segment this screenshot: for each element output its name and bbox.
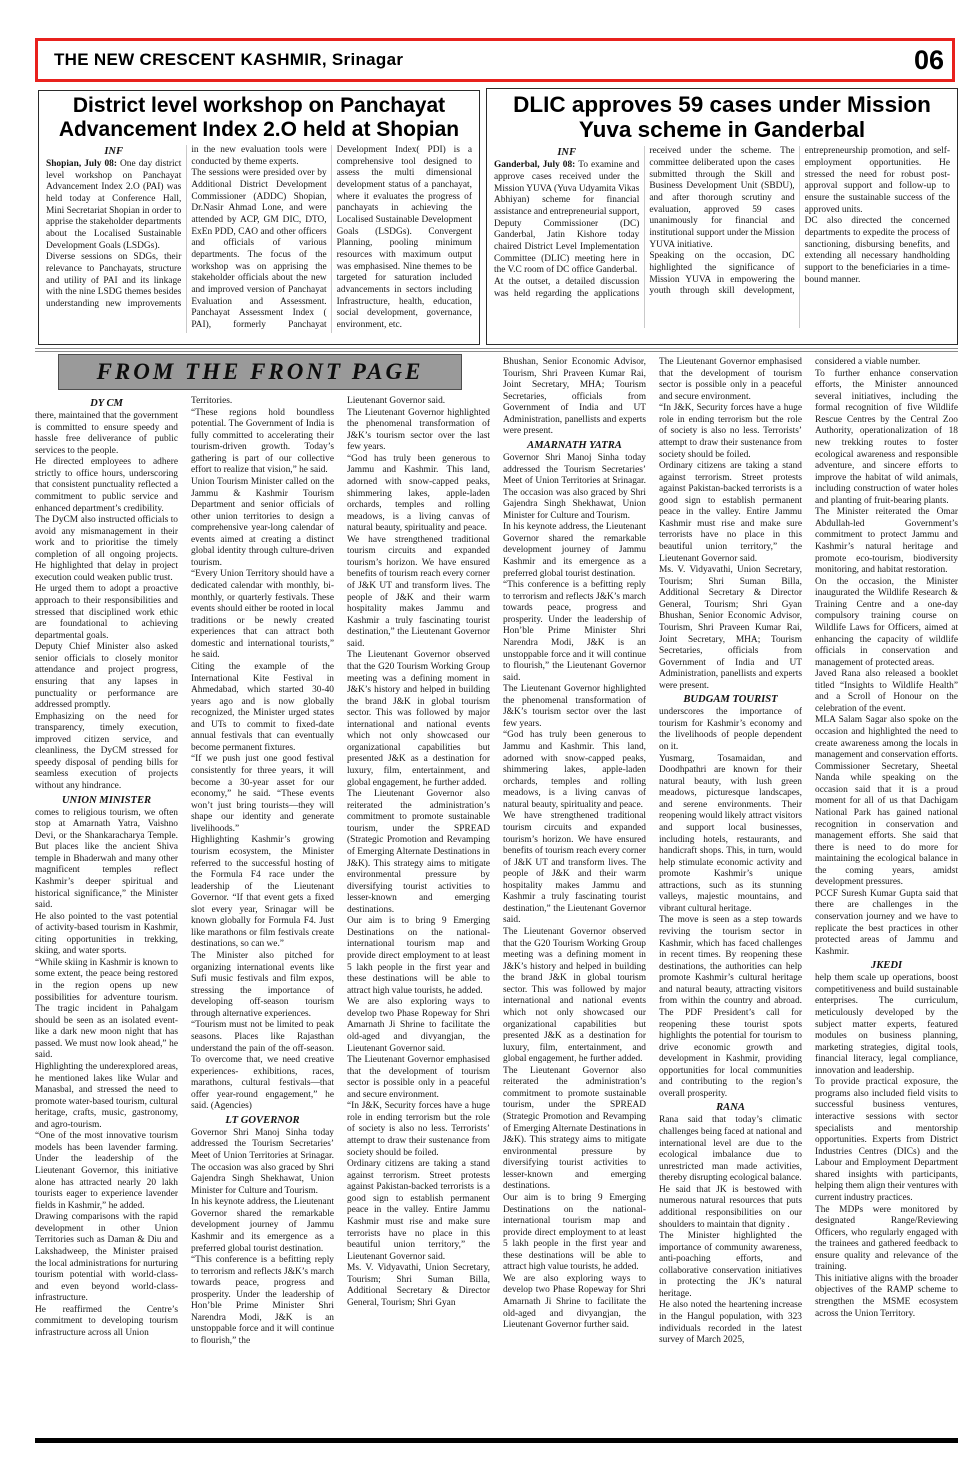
article-paragraph: He also pointed to the vast potential of… bbox=[35, 912, 178, 958]
article-paragraph: Governor Shri Manoj Sinha today addresse… bbox=[191, 1128, 334, 1197]
article-paragraph: Citing the example of the International … bbox=[191, 662, 334, 755]
article-paragraph: This initiative aligns with the broader … bbox=[815, 1274, 958, 1320]
article-paragraph: Union Tourism Minister called on the Jam… bbox=[191, 477, 334, 570]
masthead: THE NEW CRESCENT KASHMIR, Srinagar 06 bbox=[35, 38, 955, 82]
section-heading: JKEDI bbox=[815, 959, 958, 972]
article-paragraph: Ganderbal, July 08: To examine and appro… bbox=[494, 160, 639, 277]
front-page-banner-label: FROM THE FRONT PAGE bbox=[97, 359, 424, 385]
section-heading: AMARNATH YATRA bbox=[503, 439, 646, 452]
section-heading: LT GOVERNOR bbox=[191, 1114, 334, 1127]
article-paragraph: “God has truly been generous to Jammu an… bbox=[347, 454, 490, 535]
article-paragraph: Emphasizing on the need for transparency… bbox=[35, 712, 178, 793]
article-paragraph: Deputy Chief Minister also asked senior … bbox=[35, 642, 178, 711]
article-paragraph: “In J&K, Security forces have a huge rol… bbox=[347, 1101, 490, 1159]
section-divider-rule bbox=[35, 348, 958, 352]
article-paragraph: Commissioner Secretary, Sheetal Nanda wh… bbox=[815, 762, 958, 889]
article-paragraph: The Minister reiterated the Omar Abdulla… bbox=[815, 507, 958, 576]
article-paragraph: “God has truly been generous to Jammu an… bbox=[503, 730, 646, 811]
article-paragraph: Ordinary citizens are taking a stand aga… bbox=[659, 461, 802, 565]
article-paragraph: We are also exploring ways to develop tw… bbox=[503, 1274, 646, 1332]
article-paragraph: He also noted the heartening increase in… bbox=[659, 1300, 802, 1346]
article-paragraph: Yusmarg, Tosamaidan, and Doodhpathri are… bbox=[659, 754, 802, 916]
fp-column-5: The Lieutenant Governor emphasised that … bbox=[659, 357, 802, 1434]
article-paragraph: Bhushan, Senior Economic Advisor, Touris… bbox=[503, 357, 646, 438]
article-paragraph: The Lieutenant Governor observed that th… bbox=[503, 927, 646, 1066]
article-panchayat-workshop: District level workshop on Panchayat Adv… bbox=[38, 90, 480, 345]
article-paragraph: The Lieutenant Governor emphasised that … bbox=[659, 357, 802, 403]
article-paragraph: To further enhance conservation efforts,… bbox=[815, 369, 958, 508]
dateline: Ganderbal, July 08: bbox=[494, 160, 578, 170]
article-paragraph: PCCF Suresh Kumar Gupta said that there … bbox=[815, 889, 958, 958]
article-paragraph: The DyCM also instructed officials to av… bbox=[35, 515, 178, 584]
newspaper-page: THE NEW CRESCENT KASHMIR, Srinagar 06 Di… bbox=[0, 0, 964, 1475]
article-paragraph: Shopian, July 08: One day district level… bbox=[46, 159, 181, 252]
article-paragraph: In his keynote address, the Lieutenant G… bbox=[191, 1197, 334, 1255]
article-paragraph: Ms. V. Vidyavathi, Union Secretary, Tour… bbox=[659, 565, 802, 692]
article-paragraph: The MDPs were monitored by designated Ra… bbox=[815, 1205, 958, 1274]
article-paragraph: comes to religious tourism, we often sto… bbox=[35, 808, 178, 912]
article-paragraph: To provide practical exposure, the progr… bbox=[815, 1077, 958, 1204]
from-the-front-page-section: DY CMthere, maintained that the governme… bbox=[35, 354, 958, 1436]
section-heading: UNION MINISTER bbox=[35, 794, 178, 807]
article-paragraph: On the occasion, the Minister inaugurate… bbox=[815, 577, 958, 670]
article-paragraph: The Lieutenant Governor emphasised that … bbox=[347, 1055, 490, 1101]
article-paragraph: Highlighting Kashmir’s growing tourism e… bbox=[191, 835, 334, 951]
article-dlic-mission-yuva: DLIC approves 59 cases under Mission Yuv… bbox=[486, 88, 958, 345]
page-number: 06 bbox=[914, 47, 952, 74]
article-paragraph: Ms. V. Vidyavathi, Union Secretary, Tour… bbox=[347, 1263, 490, 1309]
article-paragraph: Lieutenant Governor said. bbox=[347, 396, 490, 408]
article-paragraph: He directed employees to adhere strictly… bbox=[35, 457, 178, 515]
article-paragraph: Drawing comparisons with the rapid devel… bbox=[35, 1212, 178, 1305]
article-paragraph: “This conference is a befitting reply to… bbox=[503, 580, 646, 684]
newspaper-title: THE NEW CRESCENT KASHMIR, Srinagar bbox=[38, 50, 403, 70]
article-paragraph: DC also directed the concerned departmen… bbox=[805, 216, 950, 286]
article-paragraph: In his keynote address, the Lieutenant G… bbox=[503, 522, 646, 580]
article-paragraph: there, maintained that the government is… bbox=[35, 411, 178, 457]
article-paragraph: We have strengthened traditional tourism… bbox=[503, 811, 646, 927]
article-paragraph: considered a viable number. bbox=[815, 357, 958, 369]
article-paragraph: “One of the most innovative tourism mode… bbox=[35, 1131, 178, 1212]
fp-column-3: Lieutenant Governor said.The Lieutenant … bbox=[347, 396, 490, 1434]
article-paragraph: Ordinary citizens are taking a stand aga… bbox=[347, 1159, 490, 1263]
section-heading: DY CM bbox=[35, 397, 178, 410]
article-paragraph: Javed Rana also released a booklet title… bbox=[815, 669, 958, 715]
byline: INF bbox=[46, 145, 181, 158]
front-page-banner: FROM THE FRONT PAGE bbox=[58, 354, 462, 390]
fp-column-2: Territories.“These regions hold boundles… bbox=[191, 396, 334, 1434]
fp-column-1: DY CMthere, maintained that the governme… bbox=[35, 396, 178, 1434]
article-headline: District level workshop on Panchayat Adv… bbox=[45, 94, 473, 141]
article-paragraph: Our aim is to bring 9 Emerging Destinati… bbox=[347, 916, 490, 997]
article-paragraph: “In J&K, Security forces have a huge rol… bbox=[659, 403, 802, 461]
front-page-columns: DY CMthere, maintained that the governme… bbox=[35, 354, 958, 1434]
article-paragraph: The Minister highlighted the importance … bbox=[659, 1231, 802, 1300]
article-paragraph: The Lieutenant Governor highlighted the … bbox=[347, 408, 490, 454]
section-heading: RANA bbox=[659, 1101, 802, 1114]
article-paragraph: The sessions were presided over by Addit… bbox=[191, 145, 472, 332]
section-heading: BUDGAM TOURIST bbox=[659, 693, 802, 706]
article-paragraph: Governor Shri Manoj Sinha today addresse… bbox=[503, 453, 646, 522]
article-paragraph: He urged them to adopt a proactive appro… bbox=[35, 584, 178, 642]
article-paragraph: help them scale up operations, boost com… bbox=[815, 973, 958, 1077]
article-paragraph: He said that JK is bestowed with numerou… bbox=[659, 1185, 802, 1231]
article-paragraph: The move is seen as a step towards reviv… bbox=[659, 915, 802, 1100]
article-paragraph: Our aim is to bring 9 Emerging Destinati… bbox=[503, 1193, 646, 1274]
fp-column-4: Bhushan, Senior Economic Advisor, Touris… bbox=[503, 357, 646, 1434]
article-paragraph: The Lieutenant Governor also reiterated … bbox=[503, 1066, 646, 1193]
article-paragraph: We have strengthened traditional tourism… bbox=[347, 535, 490, 651]
page-bottom-rule bbox=[35, 1438, 958, 1443]
article-paragraph: The Lieutenant Governor observed that th… bbox=[347, 650, 490, 789]
article-paragraph: The Minister also pitched for organizing… bbox=[191, 951, 334, 1020]
article-right-body: INF Ganderbal, July 08: To examine and a… bbox=[494, 146, 950, 328]
article-paragraph: Highlighting the underexplored areas, he… bbox=[35, 1062, 178, 1131]
byline: INF bbox=[494, 146, 639, 159]
fp-column-6: considered a viable number.To further en… bbox=[815, 357, 958, 1434]
article-paragraph: The Lieutenant Governor highlighted the … bbox=[503, 684, 646, 730]
article-paragraph: MLA Salam Sagar also spoke on the occasi… bbox=[815, 715, 958, 761]
article-paragraph: The Lieutenant Governor also reiterated … bbox=[347, 789, 490, 916]
article-left-body: INF Shopian, July 08: One day district l… bbox=[46, 145, 472, 333]
article-paragraph: Rana said that today’s climatic challeng… bbox=[659, 1115, 802, 1184]
dateline: Shopian, July 08: bbox=[46, 159, 120, 169]
article-paragraph: “While skiing in Kashmir is known to som… bbox=[35, 958, 178, 1062]
article-paragraph: “These regions hold boundless potential.… bbox=[191, 408, 334, 477]
article-paragraph: Territories. bbox=[191, 396, 334, 408]
article-paragraph: underscores the importance of tourism fo… bbox=[659, 707, 802, 753]
article-paragraph: “If we push just one good festival consi… bbox=[191, 754, 334, 835]
article-headline: DLIC approves 59 cases under Mission Yuv… bbox=[493, 92, 951, 142]
article-paragraph: “Every Union Territory should have a ded… bbox=[191, 569, 334, 662]
article-paragraph: He reaffirmed the Centre’s commitment to… bbox=[35, 1305, 178, 1340]
article-paragraph: “Tourism must not be limited to peak sea… bbox=[191, 1020, 334, 1113]
article-paragraph: We are also exploring ways to develop tw… bbox=[347, 997, 490, 1055]
article-paragraph: “This conference is a befitting reply to… bbox=[191, 1255, 334, 1348]
